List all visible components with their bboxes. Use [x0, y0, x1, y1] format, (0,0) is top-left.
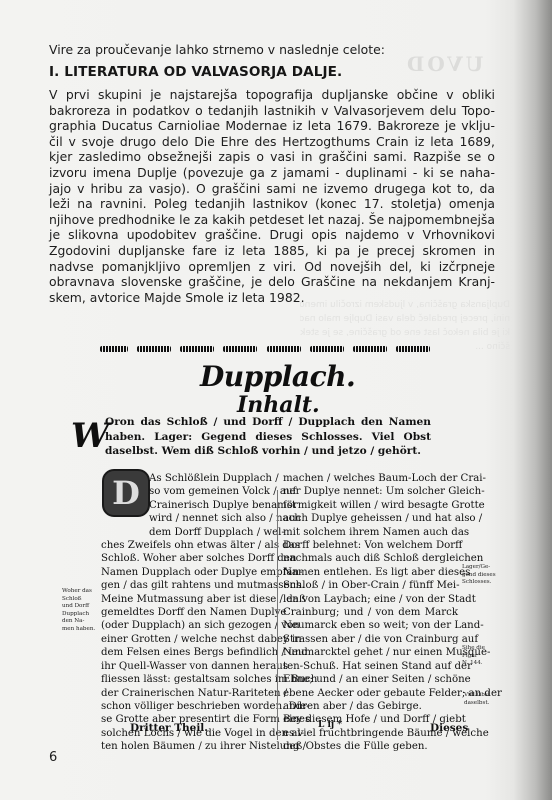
ornament-segment	[353, 346, 387, 352]
facsimile-left-column: As Schlößlein Dupplach / so vom gemeinen…	[101, 472, 271, 754]
ornament-segment	[100, 346, 128, 352]
margin-note-left: Woher das Schloß und Dorff Dupplach den …	[62, 588, 95, 633]
catchword: Dieses	[430, 722, 468, 734]
column-divider	[277, 490, 278, 740]
ornament-segment	[180, 346, 214, 352]
ornamental-border	[100, 345, 430, 353]
volume-label: Dritter Theil.	[130, 722, 208, 734]
facsimile-title: Dupplach.	[200, 360, 355, 393]
book-page: UVOD Dupljanska graščina, v ljudskem izr…	[0, 0, 552, 800]
summary-initial-letter: W	[71, 418, 103, 454]
summary-line: daselbst. Wem diß Schloß vorhin / und je…	[105, 444, 431, 459]
signature-mark: L ij *	[318, 720, 342, 730]
ornament-segment	[396, 346, 430, 352]
ornament-segment	[137, 346, 171, 352]
page-number: 6	[49, 750, 57, 765]
ornament-segment	[223, 346, 257, 352]
margin-note-lager: Lager/Ge- gend dieses Schlosses.	[462, 564, 496, 587]
facsimile-summary: Oron das Schloß / und Dorff / Dupplach d…	[105, 415, 431, 459]
valvasor-facsimile: Dupplach. Inhalt. W Oron das Schloß / un…	[0, 0, 552, 800]
ornament-segment	[310, 346, 344, 352]
summary-line: haben. Lager: Gegend dieses Schlosses. V…	[105, 430, 431, 445]
margin-note-obst: Viel Obst daselbst.	[464, 692, 490, 707]
margin-note-figur: Sihe die Figur N. 144.	[462, 645, 485, 668]
summary-line: Oron das Schloß / und Dorff / Dupplach d…	[105, 415, 431, 430]
facsimile-right-column: machen / welches Baum-Loch der Crai- ner…	[283, 472, 458, 754]
ornament-segment	[267, 346, 301, 352]
